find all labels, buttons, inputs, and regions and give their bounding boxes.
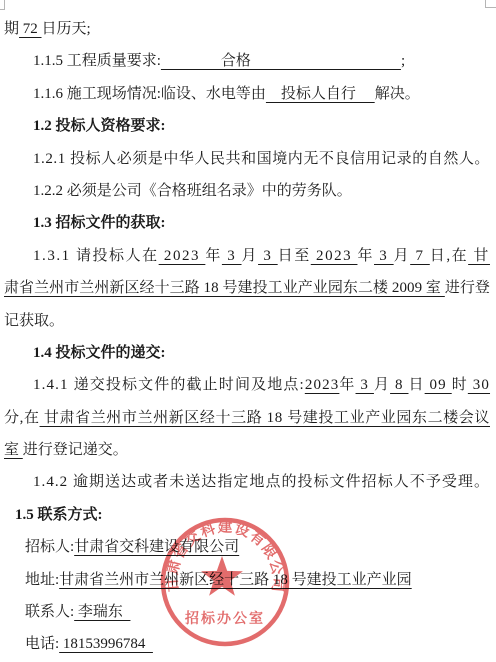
underlined-field: 肃省兰州市兰州新区经十三路 18 号建投工业产业园东二楼 2009 室 <box>4 280 445 296</box>
line-runs: 招标人:甘肃省交科建设有限公司 <box>25 539 239 555</box>
text-run: 联系人: <box>25 604 74 620</box>
contact-address: 地址:甘肃省兰州市兰州新区经十三路 18 号建投工业产业园 <box>4 564 490 596</box>
text-run: 招标人: <box>25 539 74 555</box>
page-margin-mark-left <box>0 0 5 10</box>
heading-1-4: 1.4 投标文件的递交: <box>4 337 490 369</box>
line-runs: 1.3 招标文件的获取: <box>33 215 166 231</box>
line-runs: 1.2 投标人资格要求: <box>33 118 166 134</box>
text-run: 1.2.2 必须是公司《合格班组名录》中的劳务队。 <box>33 183 352 199</box>
line-runs: 1.2.2 必须是公司《合格班组名录》中的劳务队。 <box>33 183 352 199</box>
text-run: 电话: <box>25 636 59 652</box>
contact-tenderer: 招标人:甘肃省交科建设有限公司 <box>4 531 490 563</box>
text-run: 1.4.1 递交投标文件的截止时间及地点: <box>33 377 305 393</box>
line-runs: 1.5 联系方式: <box>15 507 103 523</box>
text-run: 进行登 <box>445 280 490 296</box>
underlined-field: 30 <box>468 377 490 393</box>
text-run: 1.2.1 投标人必须是中华人民共和国境内无不良信用记录的自然人。 <box>33 151 490 167</box>
text-run: 1.4 投标文件的递交: <box>33 345 166 361</box>
heading-1-2: 1.2 投标人资格要求: <box>4 110 490 142</box>
page-margin-mark-right <box>485 0 496 8</box>
text-run: 1.1.5 工程质量要求: <box>33 53 161 69</box>
underlined-field: 室 <box>4 442 23 458</box>
underlined-field: 合格 <box>161 53 401 69</box>
heading-1-3: 1.3 招标文件的获取: <box>4 207 490 239</box>
underlined-field: 甘肃省交科建设有限公司 <box>74 539 239 555</box>
text-run: 年 <box>205 248 222 264</box>
text-run: 期 <box>4 21 19 37</box>
clause-1-2-1: 1.2.1 投标人必须是中华人民共和国境内无不良信用记录的自然人。 <box>4 143 490 175</box>
underlined-field: 7 <box>410 248 430 264</box>
contact-person: 联系人: 李瑞东 <box>4 596 490 628</box>
document-body: 期 72 日历天;1.1.5 工程质量要求: 合格 ;1.1.6 施工现场情况:… <box>4 13 490 661</box>
text-run: 1.3.1 请投标人在 <box>33 248 159 264</box>
clause-1-4-1-line2: 分,在 甘肃省兰州市兰州新区经十三路 18 号建投工业产业园东二楼会议 <box>4 402 490 434</box>
underlined-field: 2023 <box>311 248 358 264</box>
clause-1-3-1-line3: 记获取。 <box>4 305 490 337</box>
line-runs: 1.1.5 工程质量要求: 合格 ; <box>33 53 405 69</box>
text-run: 进行登记递交。 <box>23 442 128 458</box>
clause-1-1-6: 1.1.6 施工现场情况:临设、水电等由 投标人自行 解决。 <box>4 78 490 110</box>
line-runs: 期 72 日历天; <box>4 21 91 37</box>
line-runs: 1.4.1 递交投标文件的截止时间及地点:2023年 3 月 8 日 09 时 … <box>33 377 490 393</box>
text-run: 月 <box>374 377 390 393</box>
text-run: 1.1.6 施工现场情况:临设、水电等由 <box>33 86 266 102</box>
line-runs: 室 进行登记递交。 <box>4 442 128 458</box>
underlined-field: 3 <box>222 248 242 264</box>
text-run: 年 <box>339 377 355 393</box>
line-runs: 肃省兰州市兰州新区经十三路 18 号建投工业产业园东二楼 2009 室 进行登 <box>4 280 490 296</box>
text-run: 日 <box>409 377 425 393</box>
clause-1-2-2: 1.2.2 必须是公司《合格班组名录》中的劳务队。 <box>4 175 490 207</box>
text-run: 时 <box>452 377 468 393</box>
underlined-field: 甘肃省兰州市兰州新区经十三路 18 号建投工业产业园东二楼会议 <box>40 410 490 426</box>
underlined-field: 3 <box>258 248 278 264</box>
line-runs: 电话: 18153996784 <box>25 636 153 652</box>
clause-1-1-5: 1.1.5 工程质量要求: 合格 ; <box>4 45 490 77</box>
text-run: 月 <box>394 248 411 264</box>
text-run: 1.4.2 逾期送达或者未送达指定地点的投标文件招标人不予受理。 <box>33 474 490 490</box>
heading-1-5: 1.5 联系方式: <box>4 499 490 531</box>
text-run: 1.5 联系方式: <box>15 507 103 523</box>
underlined-field: 8 <box>390 377 408 393</box>
line-runs: 1.3.1 请投标人在 2023 年 3 月 3 日至 2023 年 3 月 7… <box>33 248 490 264</box>
underlined-field: 投标人自行 <box>266 86 375 102</box>
clause-1-3-1-line2: 肃省兰州市兰州新区经十三路 18 号建投工业产业园东二楼 2009 室 进行登 <box>4 272 490 304</box>
text-run: 日历天; <box>42 21 91 37</box>
line-runs: 1.1.6 施工现场情况:临设、水电等由 投标人自行 解决。 <box>33 86 420 102</box>
underlined-field: 3 <box>356 377 374 393</box>
text-run: 日至 <box>278 248 311 264</box>
text-run: 分,在 <box>4 410 40 426</box>
underlined-field: 2023 <box>159 248 206 264</box>
clause-1-4-1-line3: 室 进行登记递交。 <box>4 434 490 466</box>
underlined-field: 甘 <box>468 248 490 264</box>
underlined-field: 甘肃省兰州市兰州新区经十三路 18 号建投工业产业园 <box>59 572 412 588</box>
document-page: 期 72 日历天;1.1.5 工程质量要求: 合格 ;1.1.6 施工现场情况:… <box>0 0 496 662</box>
clause-1-4-1-line1: 1.4.1 递交投标文件的截止时间及地点:2023年 3 月 8 日 09 时 … <box>4 369 490 401</box>
text-run: 月 <box>242 248 259 264</box>
underlined-field: 09 <box>425 377 452 393</box>
text-run: 记获取。 <box>4 313 64 329</box>
clause-1-3-1-line1: 1.3.1 请投标人在 2023 年 3 月 3 日至 2023 年 3 月 7… <box>4 240 490 272</box>
text-run: 1.2 投标人资格要求: <box>33 118 166 134</box>
text-run: ; <box>401 53 405 69</box>
line-runs: 地址:甘肃省兰州市兰州新区经十三路 18 号建投工业产业园 <box>25 572 412 588</box>
text-run: 地址: <box>25 572 59 588</box>
line-runs: 联系人: 李瑞东 <box>25 604 130 620</box>
underlined-field: 3 <box>374 248 394 264</box>
text-run: 1.3 招标文件的获取: <box>33 215 166 231</box>
line-runs: 分,在 甘肃省兰州市兰州新区经十三路 18 号建投工业产业园东二楼会议 <box>4 410 490 426</box>
text-run: 日,在 <box>430 248 468 264</box>
line-runs: 1.4 投标文件的递交: <box>33 345 166 361</box>
text-run: 解决。 <box>375 86 420 102</box>
underlined-field: 2023 <box>305 377 340 393</box>
text-run: 年 <box>357 248 374 264</box>
duration-line: 期 72 日历天; <box>4 13 490 45</box>
underlined-field: 72 <box>19 21 42 37</box>
line-runs: 1.4.2 逾期送达或者未送达指定地点的投标文件招标人不予受理。 <box>33 474 490 490</box>
underlined-field: 18153996784 <box>59 636 153 652</box>
line-runs: 记获取。 <box>4 313 64 329</box>
underlined-field: 李瑞东 <box>74 604 130 620</box>
contact-phone: 电话: 18153996784 <box>4 628 490 660</box>
line-runs: 1.2.1 投标人必须是中华人民共和国境内无不良信用记录的自然人。 <box>33 151 490 167</box>
clause-1-4-2: 1.4.2 逾期送达或者未送达指定地点的投标文件招标人不予受理。 <box>4 466 490 498</box>
